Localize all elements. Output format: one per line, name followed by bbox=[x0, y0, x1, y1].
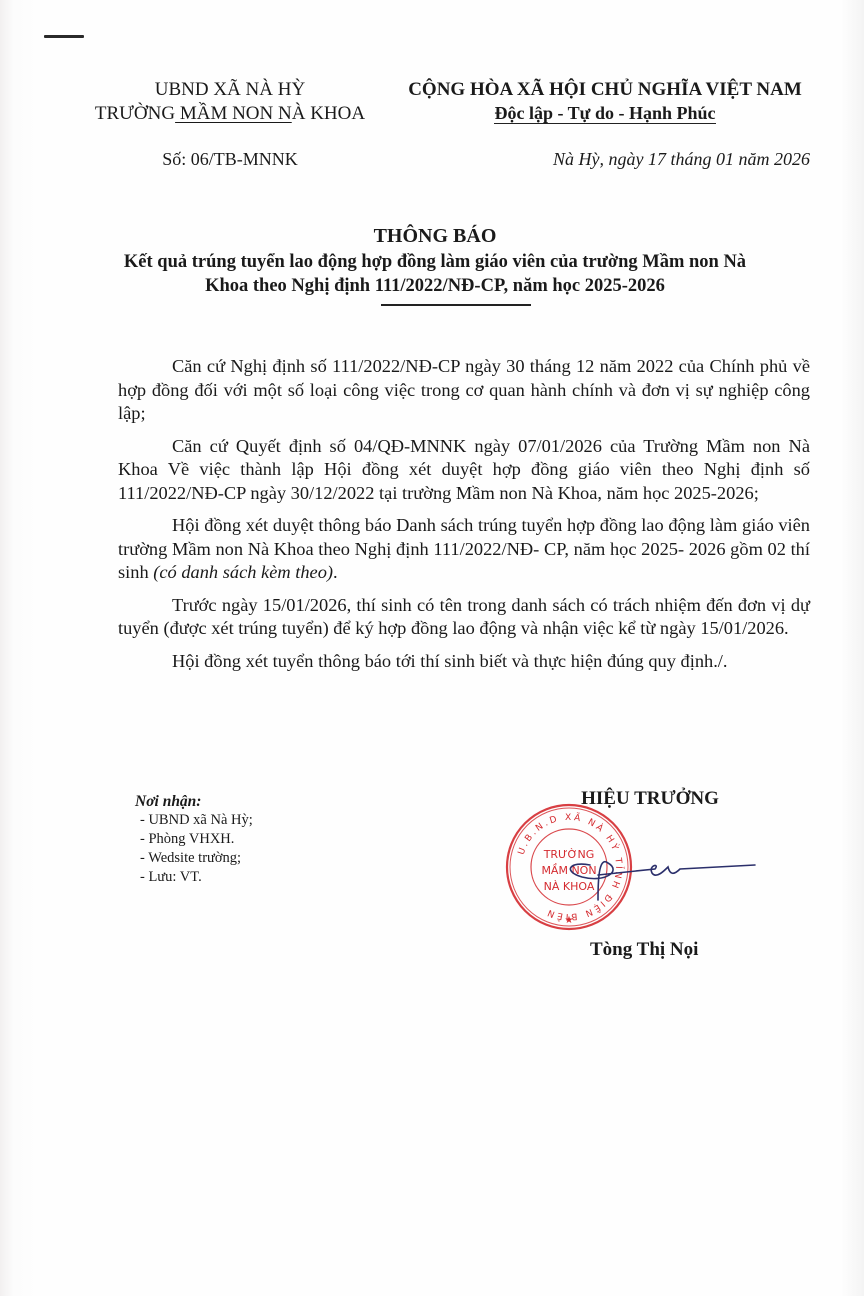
national-motto: Độc lập - Tự do - Hạnh Phúc bbox=[494, 103, 715, 124]
signer-name: Tòng Thị Nọi bbox=[590, 939, 698, 961]
handwritten-signature bbox=[560, 845, 760, 915]
school-name: TRƯỜNG MẦM NON NÀ KHOA bbox=[80, 102, 380, 126]
place-date: Nà Hỳ, ngày 17 tháng 01 năm 2026 bbox=[470, 149, 810, 170]
star-icon: ★ bbox=[565, 915, 574, 926]
document-number: Số: 06/TB-MNNK bbox=[80, 149, 380, 170]
recipients-block: Nơi nhận: - UBND xã Nà Hỳ; - Phòng VHXH.… bbox=[120, 792, 253, 887]
recipient-item: - UBND xã Nà Hỳ; bbox=[140, 811, 253, 830]
scan-mark bbox=[44, 35, 84, 38]
title-divider bbox=[381, 304, 531, 306]
paragraph-legal-basis-2: Căn cứ Quyết định số 04/QĐ-MNNK ngày 07/… bbox=[118, 435, 810, 506]
paragraph-announcement: Hội đồng xét duyệt thông báo Danh sách t… bbox=[118, 514, 810, 585]
paragraph-legal-basis-1: Căn cứ Nghị định số 111/2022/NĐ-CP ngày … bbox=[118, 355, 810, 426]
recipient-item: - Wedsite trường; bbox=[140, 849, 253, 868]
issuing-authority: UBND XÃ NÀ HỲ TRƯỜNG MẦM NON NÀ KHOA bbox=[80, 78, 380, 126]
paragraph-deadline: Trước ngày 15/01/2026, thí sinh có tên t… bbox=[118, 594, 810, 641]
paragraph-closing: Hội đồng xét tuyển thông báo tới thí sin… bbox=[118, 650, 810, 674]
recipients-title: Nơi nhận: bbox=[135, 792, 253, 811]
nation-title: CỘNG HÒA XÃ HỘI CHỦ NGHĨA VIỆT NAM bbox=[395, 78, 815, 102]
recipient-item: - Phòng VHXH. bbox=[140, 830, 253, 849]
document-title: THÔNG BÁO bbox=[60, 224, 810, 248]
authority-name: UBND XÃ NÀ HỲ bbox=[155, 79, 305, 100]
document-body: Căn cứ Nghị định số 111/2022/NĐ-CP ngày … bbox=[118, 355, 810, 682]
recipient-item: - Lưu: VT. bbox=[140, 868, 253, 887]
national-header: CỘNG HÒA XÃ HỘI CHỦ NGHĨA VIỆT NAM Độc l… bbox=[395, 78, 815, 126]
document-subtitle: Kết quả trúng tuyển lao động hợp đồng là… bbox=[60, 251, 810, 298]
